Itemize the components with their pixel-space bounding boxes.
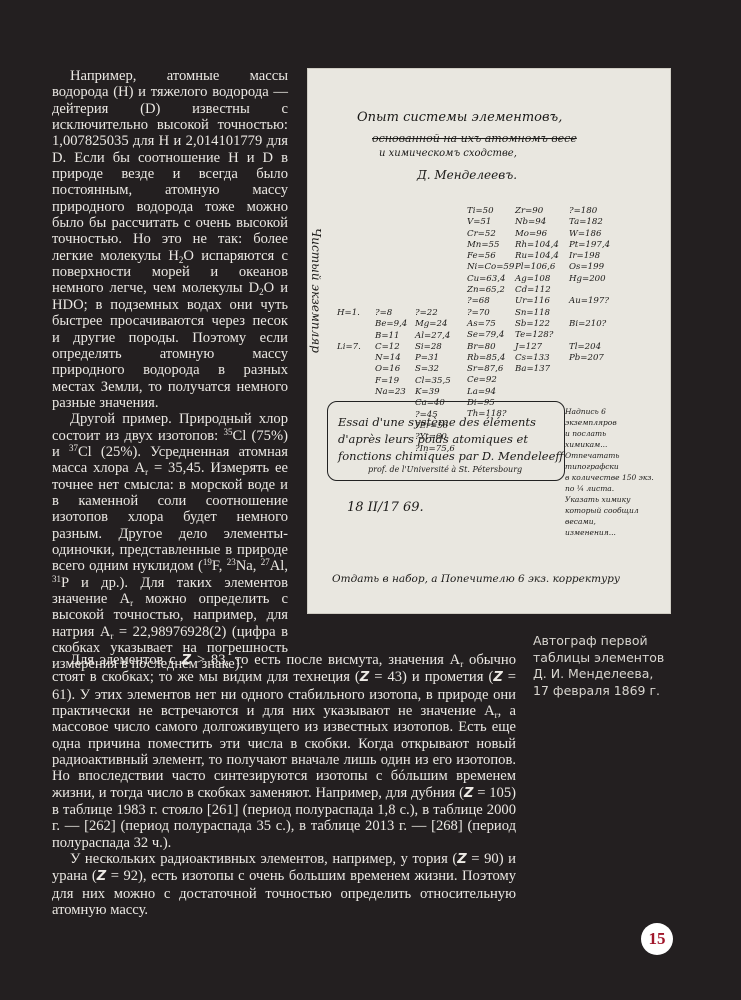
figure-caption: Автограф первой таблицы элементов Д. И. … (533, 633, 723, 699)
paragraph-chlorine: Другой пример. Природный хлор состоит из… (52, 411, 288, 673)
text-column-narrow: Например, атомные массы водорода (H) и т… (52, 68, 288, 673)
manuscript-table-col2: ?=8 Be=9,4 B=11 C=12 N=14 O=16 F=19 Na=2… (375, 308, 407, 398)
paragraph-radioactive-brackets: Для элементов с Z > 83, то есть после ви… (52, 652, 516, 851)
mendeleev-manuscript-image: Опыт системы элементовъ, основанной на и… (307, 68, 671, 614)
manuscript-title-strikethrough: основанной на ихъ атомномъ весе (372, 132, 577, 145)
manuscript-date: 18 II/17 69. (347, 500, 424, 515)
manuscript-side-note: Надпись 6 экземпляров и послать химикам.… (565, 406, 654, 538)
manuscript-vertical-note: Чистый экземпляр (309, 228, 323, 353)
manuscript-subtitle: и химическомъ сходстве, (379, 148, 517, 159)
manuscript-table-col1: H=1. Li=7. (337, 308, 361, 353)
manuscript-table-col4: Ti=50 V=51 Cr=52 Mn=55 Fe=56 Ni=Co=59 Cu… (467, 206, 514, 421)
paragraph-thorium-uranium: У нескольких радиоактивных элементов, на… (52, 851, 516, 918)
manuscript-bottom-note: Отдать в набор, а Попечителю 6 экз. корр… (332, 573, 620, 585)
manuscript-french-title-box: Essai d'une système des éléments d'après… (327, 401, 565, 481)
text-column-wide: Для элементов с Z > 83, то есть после ви… (52, 652, 516, 919)
paragraph-hydrogen: Например, атомные массы водорода (H) и т… (52, 68, 288, 411)
manuscript-title: Опыт системы элементовъ, (357, 110, 562, 125)
manuscript-signature: Д. Менделеевъ. (417, 168, 517, 182)
manuscript-table-col5: Zr=90 Nb=94 Mo=96 Rh=104,4 Ru=104,4 Pl=1… (515, 206, 559, 375)
page-number-badge: 15 (641, 923, 673, 955)
manuscript-table-col6: ?=180 Ta=182 W=186 Pt=197,4 Ir=198 Os=19… (569, 206, 610, 364)
